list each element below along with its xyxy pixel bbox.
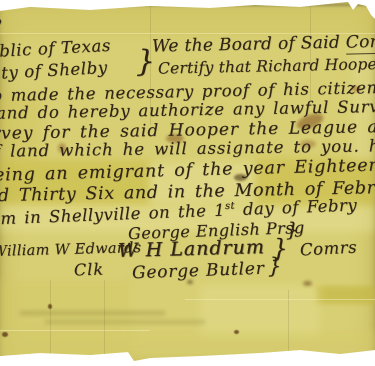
paper-patch	[0, 280, 130, 360]
paper-patch	[200, 285, 320, 335]
body-line-2: Certify that Richard Hooper ap	[158, 56, 375, 77]
crease-line	[104, 280, 105, 360]
commissioners-label: Comrs	[300, 240, 358, 259]
stain	[303, 281, 312, 286]
paper-patch	[315, 286, 375, 304]
header-line-2: uty of Shelby	[0, 60, 108, 83]
crease-line	[50, 280, 51, 358]
header-line-1: ublic of Texas	[0, 38, 111, 61]
ink-bleed-through	[20, 311, 165, 315]
edge-fragment: o	[0, 16, 2, 27]
paper-patch	[0, 330, 375, 358]
stain	[2, 332, 8, 337]
scanned-document-photo: o ublic of Texas uty of Shelby } We the …	[0, 0, 375, 366]
paper: o ublic of Texas uty of Shelby } We the …	[0, 0, 375, 366]
signature-clerk-name: George Butler	[132, 261, 265, 283]
paper-top-edge-shadow	[0, 4, 375, 6]
signature-commissioner-landrum: W H Landrum	[118, 238, 265, 261]
stain	[234, 330, 239, 334]
body-line-1-text: We the Board of Said	[152, 33, 346, 57]
ink-bleed-through	[45, 320, 205, 324]
signature-clerk-title: Clk	[74, 261, 105, 278]
body-line-1: We the Board of Said Comrs	[152, 33, 375, 55]
paper-patch	[0, 5, 375, 35]
signature-clerk-brace: }	[268, 256, 281, 277]
body-line-1-underlined: Comrs	[346, 31, 375, 54]
crease-line	[185, 299, 375, 300]
body-line-9-text-end: day of Febry	[235, 195, 358, 219]
stain	[48, 304, 52, 309]
crease-line	[0, 330, 150, 331]
crease-line	[288, 290, 289, 360]
